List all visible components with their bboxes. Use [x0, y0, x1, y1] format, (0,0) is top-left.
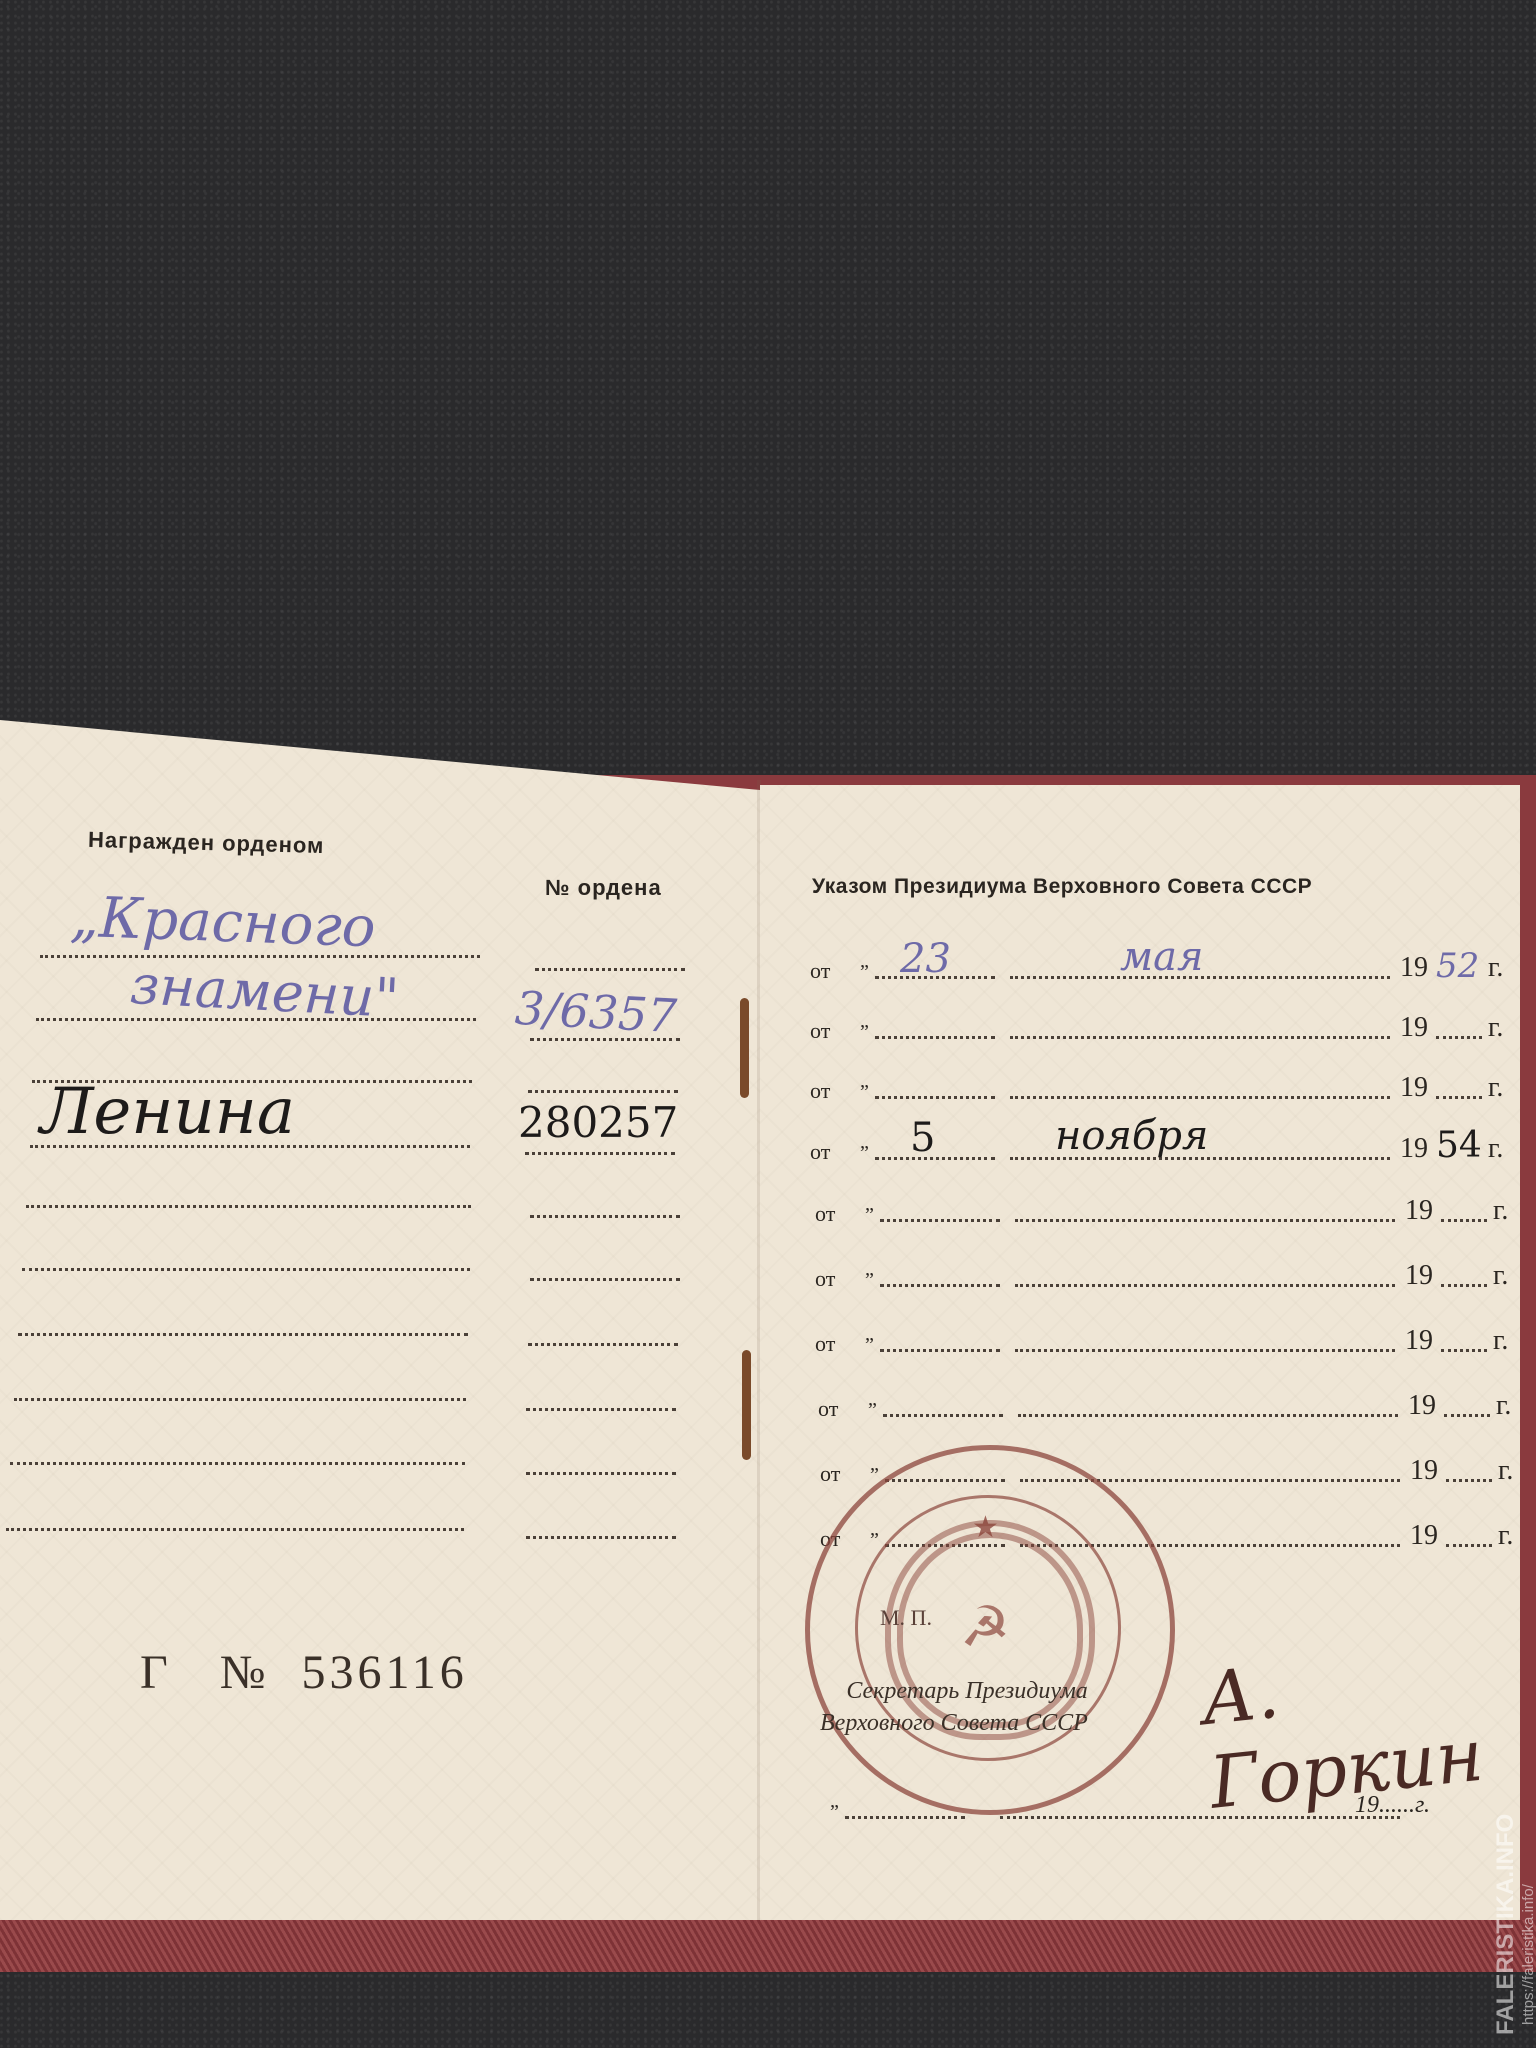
decree-year: 54: [1436, 1125, 1482, 1166]
order-name-line1: Ленина: [40, 1075, 295, 1149]
number-line: [526, 1408, 676, 1411]
decree-heading: Указом Президиума Верховного Совета СССР: [812, 875, 1312, 899]
decree-day: 23: [900, 936, 951, 982]
secretary-title: Секретарь Президиума Верховного Совета С…: [820, 1675, 1088, 1739]
award-line: [6, 1528, 464, 1531]
serial-number: 536116: [302, 1646, 468, 1699]
order-name-line1: „Красного: [69, 885, 377, 961]
decree-row: от„ 19г.: [765, 1325, 1525, 1365]
official-stamp: ★ ☭: [805, 1445, 1175, 1815]
order-number-heading: № ордена: [545, 875, 662, 901]
number-line: [530, 1215, 680, 1218]
staple-top: [740, 998, 749, 1098]
number-line: [526, 1472, 676, 1475]
decree-row: от„ 5 ноября 19 54 г.: [760, 1133, 1520, 1173]
serial-symbol: №: [220, 1646, 270, 1699]
watermark: FALERISTIKA.INFO https://faleristika.inf…: [1488, 1835, 1536, 2040]
decree-month: мая: [1120, 934, 1204, 980]
staple-bottom: [742, 1350, 751, 1460]
award-line: [14, 1398, 466, 1401]
number-line: [528, 1090, 678, 1093]
number-line: [530, 1278, 680, 1281]
award-line: [26, 1205, 471, 1208]
star-icon: ★: [972, 1510, 999, 1545]
order-number-value: 280257: [518, 1098, 678, 1147]
number-line: [526, 1536, 676, 1539]
decree-row: от„ 19г.: [760, 1072, 1520, 1112]
serial-series: Г: [140, 1646, 172, 1699]
award-line: [22, 1268, 470, 1271]
stamp-place-label: М. П.: [880, 1605, 932, 1631]
decree-day: 5: [910, 1115, 935, 1161]
decree-row: от„ 19г.: [768, 1390, 1528, 1430]
number-line: [525, 1152, 675, 1155]
award-line: [10, 1462, 465, 1465]
decree-row: от„ 23 мая 19 52 г.: [760, 952, 1520, 992]
number-line: [535, 968, 685, 971]
decree-row: от„ 19г.: [760, 1012, 1520, 1052]
award-line: [18, 1333, 468, 1336]
booklet-cover-edge: [0, 1920, 1536, 1972]
issue-date-row: „ 19......г.: [770, 1792, 1530, 1832]
order-number-value: 3/6357: [514, 981, 678, 1043]
decree-year: 52: [1436, 946, 1479, 986]
decree-row: от„ 19г.: [765, 1195, 1525, 1235]
decree-month: ноября: [1055, 1113, 1208, 1159]
number-line: [528, 1343, 678, 1346]
issue-year: 19......г.: [1355, 1792, 1430, 1819]
decree-row: от„ 19г.: [765, 1260, 1525, 1300]
award-line: [30, 1145, 470, 1148]
booklet-serial: Г № 536116: [140, 1645, 468, 1700]
hammer-sickle-icon: ☭: [960, 1595, 1010, 1660]
